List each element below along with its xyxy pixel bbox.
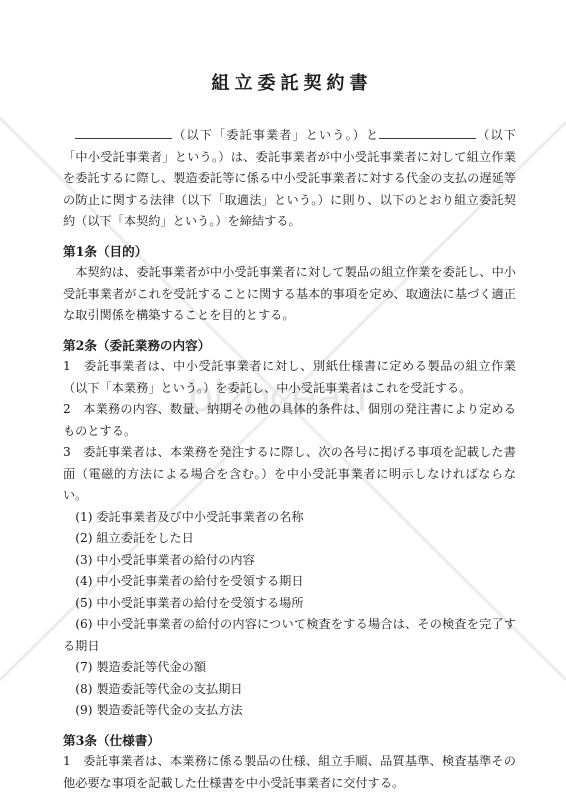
party-b-name-blank <box>379 127 476 139</box>
list-item: (9) 製造委託等代金の支払方法 <box>63 700 516 722</box>
list-item: (7) 製造委託等代金の額 <box>63 657 516 679</box>
document-page: bizocean 組立委託契約書 （以下「委託事業者」という。）と（以下「中小受… <box>0 0 566 800</box>
article-paragraph: 2 本業務の内容、数量、納期その他の具体的条件は、個別の発注書により定めるものと… <box>63 399 516 442</box>
article: 第1条（目的）本契約は、委託事業者が中小受託事業者に対して製品の組立作業を委託し… <box>63 241 516 327</box>
list-item: (3) 中小受託事業者の給付の内容 <box>63 550 516 572</box>
preamble-paragraph: （以下「委託事業者」という。）と（以下「中小受託事業者」という。）は、委託事業者… <box>63 125 516 233</box>
article-heading: 第1条（目的） <box>63 241 516 263</box>
list-item: (4) 中小受託事業者の給付を受領する期日 <box>63 571 516 593</box>
party-a-name-blank <box>75 127 172 139</box>
article-paragraph: 3 委託事業者は、本業務を発注するに際し、次の各号に掲げる事項を記載した書面（電… <box>63 442 516 507</box>
list-item: (5) 中小受託事業者の給付を受領する場所 <box>63 593 516 615</box>
list-item: (2) 組立委託をした日 <box>63 528 516 550</box>
list-item: (6) 中小受託事業者の給付の内容について検査をする場合は、その検査を完了する期… <box>63 614 516 657</box>
document-title: 組立委託契約書 <box>63 72 516 95</box>
preamble-text-1: （以下「委託事業者」という。）と <box>172 128 379 142</box>
document-content: 組立委託契約書 （以下「委託事業者」という。）と（以下「中小受託事業者」という。… <box>0 0 566 800</box>
articles-container: 第1条（目的）本契約は、委託事業者が中小受託事業者に対して製品の組立作業を委託し… <box>63 241 516 795</box>
article-paragraph: 1 委託事業者は、本業務に係る製品の仕様、組立手順、品質基準、検査基準その他必要… <box>63 751 516 794</box>
article-heading: 第2条（委託業務の内容） <box>63 335 516 357</box>
list-item: (1) 委託事業者及び中小受託事業者の名称 <box>63 507 516 529</box>
article-paragraph: 1 委託事業者は、中小受託事業者に対し、別紙仕様書に定める製品の組立作業（以下「… <box>63 356 516 399</box>
article: 第3条（仕様書）1 委託事業者は、本業務に係る製品の仕様、組立手順、品質基準、検… <box>63 730 516 795</box>
article: 第2条（委託業務の内容）1 委託事業者は、中小受託事業者に対し、別紙仕様書に定め… <box>63 335 516 722</box>
list-item: (8) 製造委託等代金の支払期日 <box>63 679 516 701</box>
article-paragraph: 本契約は、委託事業者が中小受託事業者に対して製品の組立作業を委託し、中小受託事業… <box>63 262 516 327</box>
preamble-text-2: （以下「中小受託事業者」という。）は、委託事業者が中小受託事業者に対して組立作業… <box>63 128 516 228</box>
article-heading: 第3条（仕様書） <box>63 730 516 752</box>
